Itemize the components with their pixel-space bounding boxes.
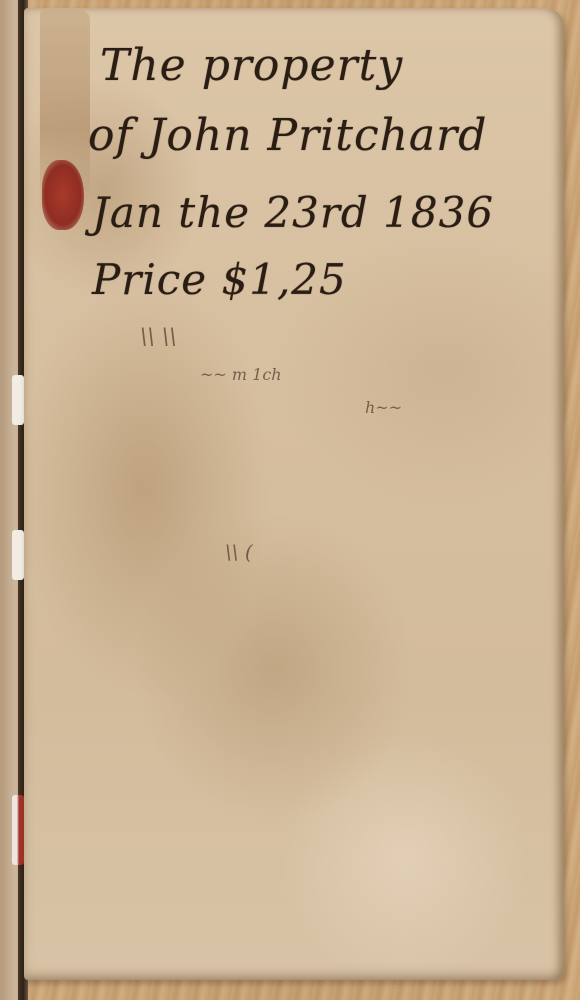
binding-thread xyxy=(12,375,24,425)
inscription-line-price: Price $1,25 xyxy=(92,255,347,304)
faint-pencil-mark: ~~ m 1ch xyxy=(200,365,282,384)
binding-thread xyxy=(12,795,24,865)
faint-pencil-mark: \\ \\ xyxy=(140,325,177,350)
faint-pencil-mark: \\ ( xyxy=(225,540,253,564)
inscription-line-property: The property xyxy=(100,40,403,91)
red-wax-seal-remnant xyxy=(42,160,84,230)
binding-thread xyxy=(12,530,24,580)
inscription-line-owner: of John Pritchard xyxy=(88,110,487,161)
faint-pencil-mark: h~~ xyxy=(365,398,402,417)
inscription-line-date: Jan the 23rd 1836 xyxy=(92,188,494,237)
